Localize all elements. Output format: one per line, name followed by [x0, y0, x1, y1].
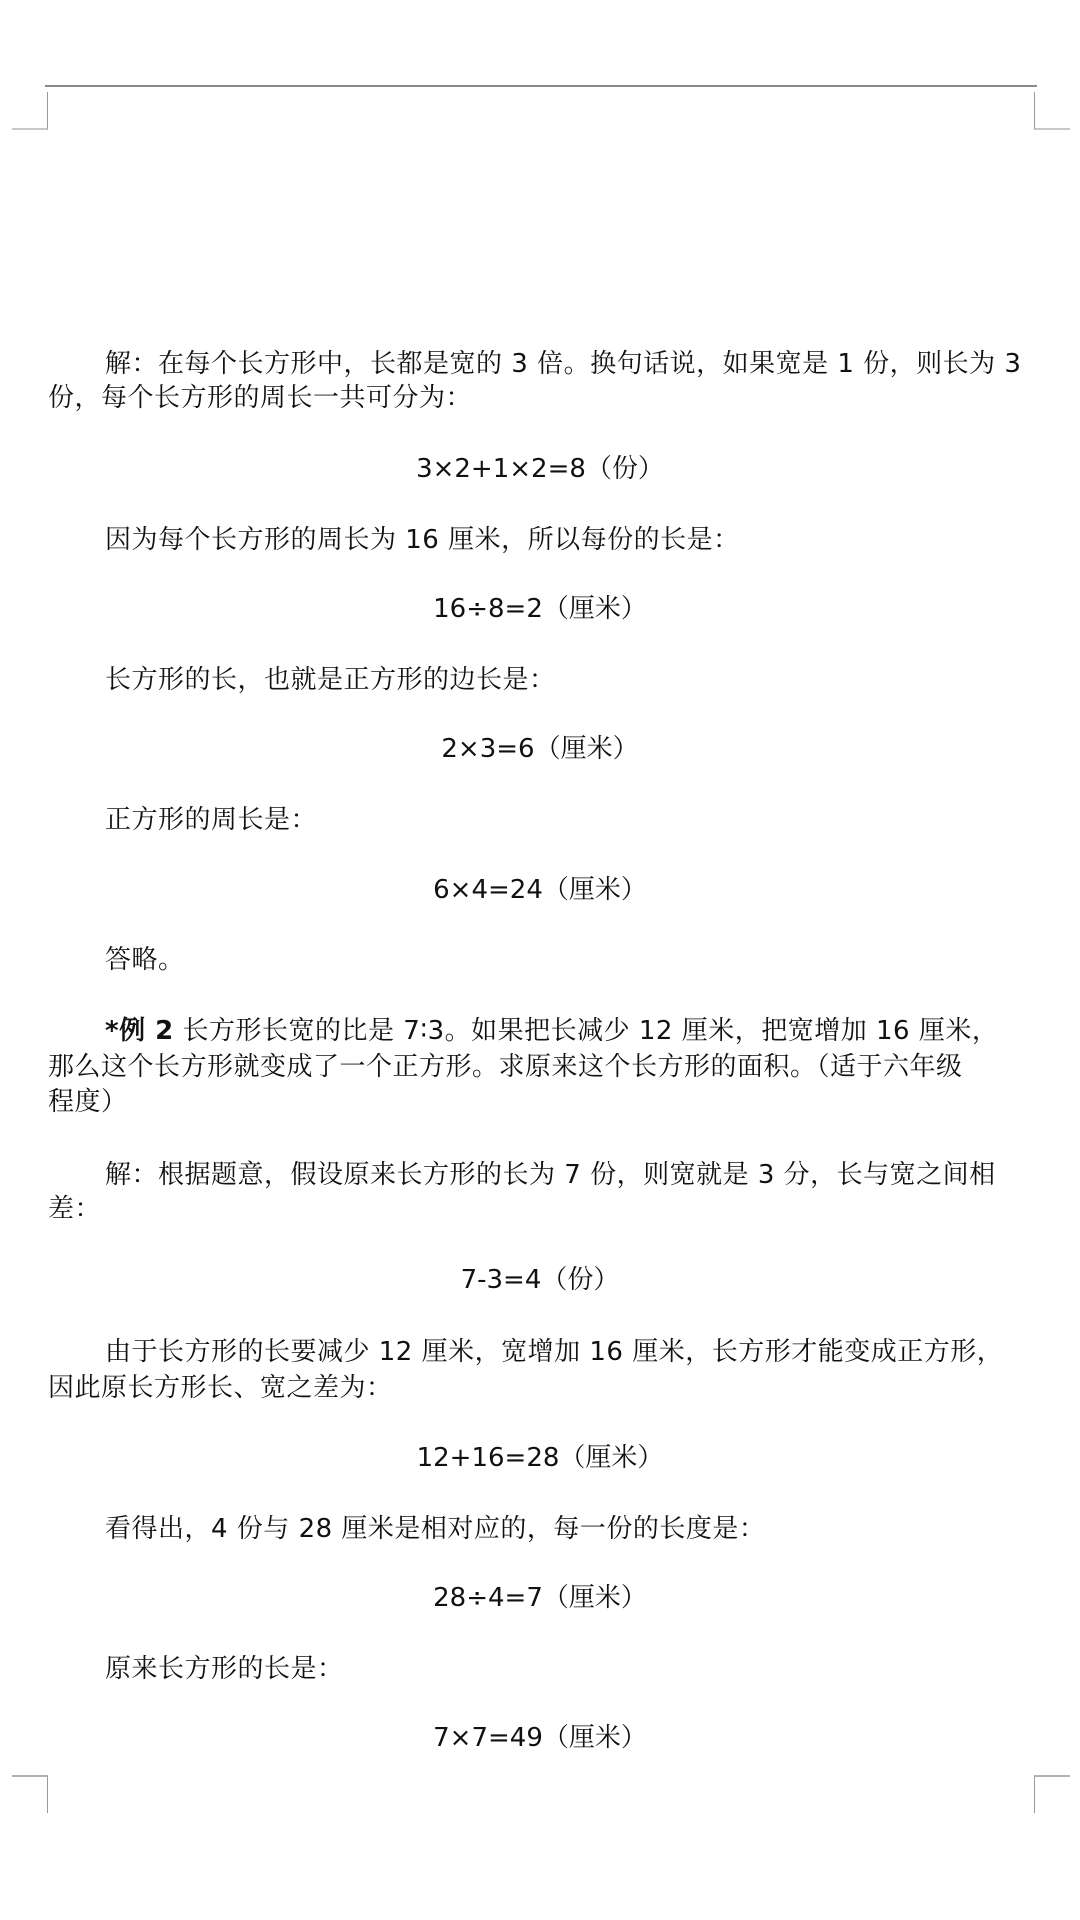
crop-mark-bottom-right [1034, 1775, 1070, 1813]
paragraph-solution-2: 解：根据题意，假设原来长方形的长为 7 份，则宽就是 3 分，长与宽之间相 [48, 1158, 1033, 1193]
equation-6: 12+16=28（厘米） [0, 1441, 1080, 1476]
text-line: 长方形的长，也就是正方形的边长是： [105, 665, 556, 695]
equation-4: 6×4=24（厘米） [0, 873, 1080, 908]
paragraph-4: 正方形的周长是： [48, 803, 1033, 838]
text-line: 长方形长宽的比是 7∶3。如果把长减少 12 厘米，把宽增加 16 厘米， [174, 1016, 999, 1046]
paragraph-3: 长方形的长，也就是正方形的边长是： [48, 663, 1033, 698]
paragraph-10: 原来长方形的长是： [48, 1652, 1033, 1687]
text-line: 份，每个长方形的周长一共可分为： [48, 383, 472, 413]
text-line: 由于长方形的长要减少 12 厘米，宽增加 16 厘米，长方形才能变成正方形， [105, 1337, 1003, 1367]
text-line: 因此原长方形长、宽之差为： [48, 1373, 393, 1403]
text-line: 程度） [48, 1087, 128, 1117]
example-label: *例 2 [105, 1016, 174, 1046]
equation-1: 3×2+1×2=8（份） [0, 452, 1080, 487]
paragraph-example-2: *例 2 长方形长宽的比是 7∶3。如果把长减少 12 厘米，把宽增加 16 厘… [48, 1014, 1033, 1049]
page-header-rule [45, 85, 1037, 87]
paragraph-solution-1-cont: 份，每个长方形的周长一共可分为： [48, 381, 1033, 416]
equation-8: 7×7=49（厘米） [0, 1721, 1080, 1756]
text-line: 正方形的周长是： [105, 805, 317, 835]
equation-3: 2×3=6（厘米） [0, 732, 1080, 767]
text-line: 解：在每个长方形中，长都是宽的 3 倍。换句话说，如果宽是 1 份，则长为 3 [105, 349, 1021, 379]
paragraph-2: 因为每个长方形的周长为 16 厘米，所以每份的长是： [48, 523, 1033, 558]
paragraph-solution-1: 解：在每个长方形中，长都是宽的 3 倍。换句话说，如果宽是 1 份，则长为 3 [48, 347, 1033, 382]
paragraph-8: 由于长方形的长要减少 12 厘米，宽增加 16 厘米，长方形才能变成正方形， [48, 1335, 1033, 1370]
text-line: 因为每个长方形的周长为 16 厘米，所以每份的长是： [105, 525, 740, 555]
paragraph-example-2-cont2: 程度） [48, 1085, 1033, 1120]
equation-7: 28÷4=7（厘米） [0, 1581, 1080, 1616]
crop-mark-bottom-left [12, 1775, 48, 1813]
paragraph-answer: 答略。 [48, 943, 1033, 978]
text-line: 答略。 [105, 945, 185, 975]
text-line: 看得出，4 份与 28 厘米是相对应的，每一份的长度是： [105, 1514, 765, 1544]
paragraph-solution-2-cont: 差： [48, 1192, 1033, 1227]
text-line: 差： [48, 1194, 101, 1224]
equation-5: 7-3=4（份） [0, 1263, 1080, 1298]
crop-mark-top-right [1034, 92, 1070, 130]
text-line: 那么这个长方形就变成了一个正方形。求原来这个长方形的面积。（适于六年级 [48, 1052, 963, 1082]
text-line: 原来长方形的长是： [105, 1654, 344, 1684]
paragraph-example-2-cont: 那么这个长方形就变成了一个正方形。求原来这个长方形的面积。（适于六年级 [48, 1050, 1033, 1085]
paragraph-8-cont: 因此原长方形长、宽之差为： [48, 1371, 1033, 1406]
equation-2: 16÷8=2（厘米） [0, 592, 1080, 627]
paragraph-9: 看得出，4 份与 28 厘米是相对应的，每一份的长度是： [48, 1512, 1033, 1547]
crop-mark-top-left [12, 92, 48, 130]
text-line: 解：根据题意，假设原来长方形的长为 7 份，则宽就是 3 分，长与宽之间相 [105, 1160, 996, 1190]
